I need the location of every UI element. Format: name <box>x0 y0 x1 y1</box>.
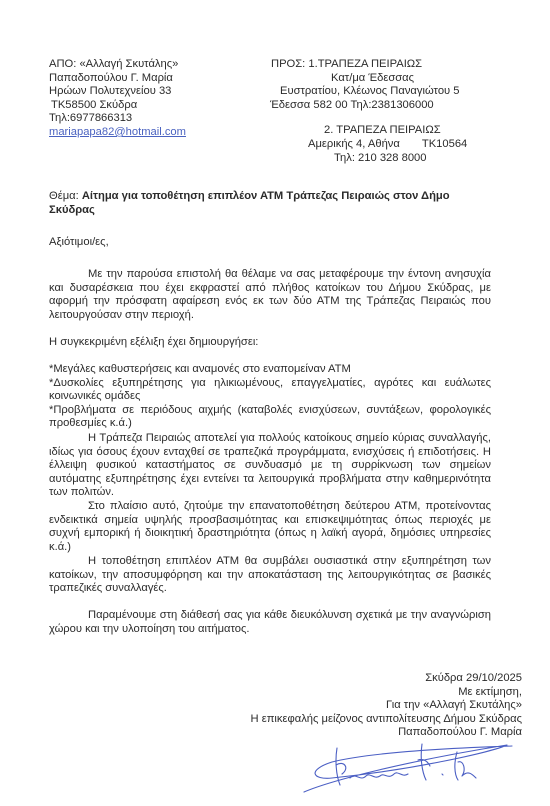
bank2-block: 2. ΤΡΑΠΕΖΑ ΠΕΙΡΑΙΩΣ Αμερικής 4, ΑθήναΤΚ1… <box>268 124 528 165</box>
paragraph-benefits: Η τοποθέτηση επιπλέον ΑΤΜ θα συμβάλει ου… <box>49 555 491 596</box>
closing-for-party: Για την «Αλλαγή Σκυτάλης» <box>170 699 522 713</box>
sender-address: Ηρώων Πολυτεχνείου 33 <box>49 85 269 99</box>
bank2-address-line: Αμερικής 4, ΑθήναΤΚ10564 <box>268 138 528 152</box>
paragraph-bank-importance: Η Τράπεζα Πειραιώς αποτελεί για πολλούς … <box>49 432 491 500</box>
paragraph-consequences-intro: Η συγκεκριμένη εξέλιξη έχει δημιουργήσει… <box>49 336 491 350</box>
bank1-city-phone: Έδεσσα 582 00 Τηλ:2381306000 <box>268 99 528 113</box>
list-item: *Προβλήματα σε περιόδους αιχμής (καταβολ… <box>49 404 491 431</box>
salutation: Αξιότιμοι/ες, <box>49 236 109 250</box>
paragraph-availability: Παραμένουμε στη διάθεσή σας για κάθε διε… <box>49 609 491 636</box>
bank1-address: Ευστρατίου, Κλέωνος Παναγιώτου 5 <box>268 85 528 99</box>
list-item: *Δυσκολίες εξυπηρέτησης για ηλικιωμένους… <box>49 377 491 404</box>
closing-role: Η επικεφαλής μείζονος αντιπολίτευσης Δήμ… <box>170 713 522 727</box>
paragraph-request: Στο πλαίσιο αυτό, ζητούμε την επανατοποθ… <box>49 500 491 554</box>
bank2-postal: ΤΚ10564 <box>400 138 467 150</box>
handwritten-signature <box>292 740 522 800</box>
sender-name: Παπαδοπούλου Γ. Μαρία <box>49 72 269 86</box>
bank2-phone: Τηλ: 210 328 8000 <box>268 152 528 166</box>
recipient-to-label: ΠΡΟΣ: 1.ΤΡΑΠΕΖΑ ΠΕΙΡΑΙΩΣ <box>268 58 528 72</box>
sender-phone: Τηλ:6977866313 <box>49 112 269 126</box>
sender-postal: ΤΚ58500 Σκύδρα <box>49 99 269 113</box>
recipient-block: ΠΡΟΣ: 1.ΤΡΑΠΕΖΑ ΠΕΙΡΑΙΩΣ Κατ/μα Έδεσσας … <box>268 58 528 165</box>
sender-email-link[interactable]: mariapapa82@hotmail.com <box>49 126 269 140</box>
bank2-address: Αμερικής 4, Αθήνα <box>308 138 400 150</box>
subject-label: Θέμα: <box>49 190 82 202</box>
subject-text: Αίτημα για τοποθέτηση επιπλέον ΑΤΜ Τράπε… <box>49 190 450 216</box>
bank2-title: 2. ΤΡΑΠΕΖΑ ΠΕΙΡΑΙΩΣ <box>268 124 528 138</box>
bank1-branch: Κατ/μα Έδεσσας <box>268 72 528 86</box>
closing-place-date: Σκύδρα 29/10/2025 <box>170 672 522 686</box>
list-item: *Μεγάλες καθυστερήσεις και αναμονές στο … <box>49 363 491 377</box>
closing-regards: Με εκτίμηση, <box>170 686 522 700</box>
subject-line: Θέμα: Αίτημα για τοποθέτηση επιπλέον ΑΤΜ… <box>49 190 489 217</box>
sender-from-line: ΑΠΟ: «Αλλαγή Σκυτάλης» <box>49 58 269 72</box>
sender-block: ΑΠΟ: «Αλλαγή Σκυτάλης» Παπαδοπούλου Γ. Μ… <box>49 58 269 140</box>
closing-block: Σκύδρα 29/10/2025 Με εκτίμηση, Για την «… <box>170 672 522 740</box>
paragraph-intro: Με την παρούσα επιστολή θα θέλαμε να σας… <box>49 268 491 322</box>
consequences-list: *Μεγάλες καθυστερήσεις και αναμονές στο … <box>49 363 491 431</box>
closing-name: Παπαδοπούλου Γ. Μαρία <box>170 726 522 740</box>
